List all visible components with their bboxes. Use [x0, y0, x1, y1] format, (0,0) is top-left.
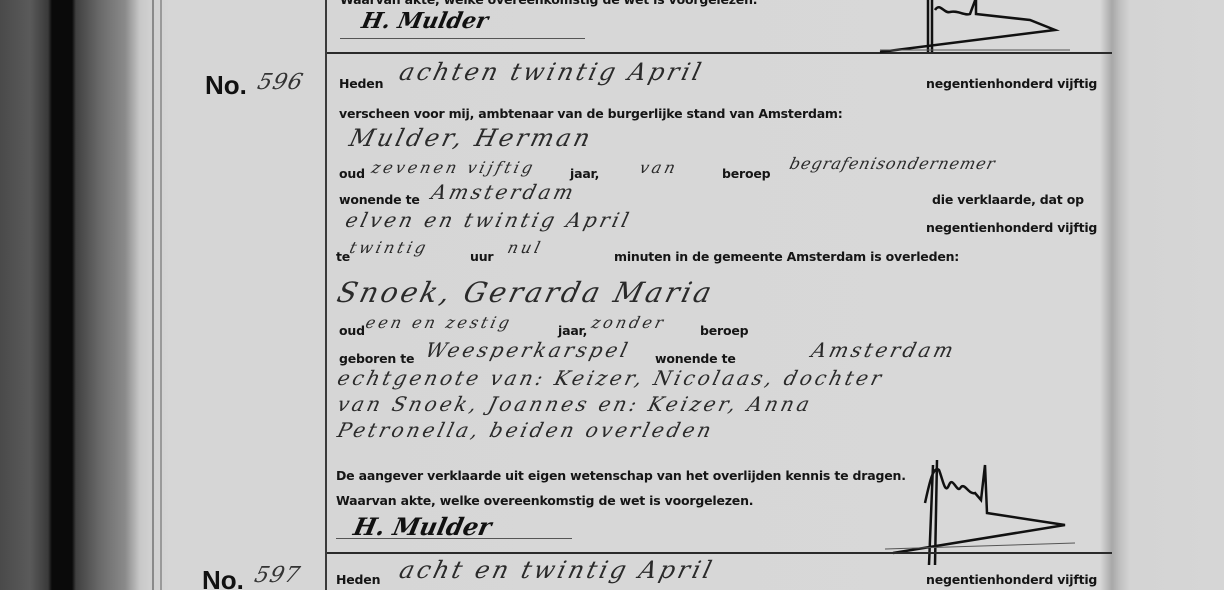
declarant-age: zevenen vijftig	[370, 158, 538, 177]
death-year: negentienhonderd vijftig	[926, 220, 1097, 235]
deceased-name: Snoek, Gerarda Maria	[334, 276, 718, 309]
aangever-text: De aangever verklaarde uit eigen wetensc…	[336, 468, 906, 483]
van-text: van	[638, 158, 681, 177]
geboren-label: geboren te	[339, 351, 414, 366]
margin-line	[160, 0, 162, 590]
oud-label: oud	[339, 166, 365, 181]
minuten-text: minuten in de gemeente Amsterdam is over…	[614, 249, 959, 264]
jaar-label: jaar,	[570, 166, 599, 181]
death-minutes: nul	[506, 238, 545, 257]
signature-line	[336, 538, 572, 539]
signature-line	[340, 38, 585, 39]
wonende-label: wonende te	[655, 351, 736, 366]
heden-label: Heden	[339, 76, 383, 91]
heden-label: Heden	[336, 572, 380, 587]
document-scan: Waarvan akte, welke overeenkomstig de we…	[0, 0, 1224, 590]
relations-line: Petronella, beiden overleden	[335, 418, 717, 442]
jaar-label: jaar,	[558, 323, 587, 338]
beroep-label: beroep	[700, 323, 748, 338]
wonende-label: wonende te	[339, 192, 420, 207]
oud-label: oud	[339, 323, 365, 338]
registration-year: negentienhonderd vijftig	[926, 76, 1097, 91]
uur-label: uur	[470, 249, 493, 264]
official-signature-top	[880, 0, 1100, 70]
birthplace: Weesperkarspel	[423, 338, 633, 362]
registration-year: negentienhonderd vijftig	[926, 572, 1097, 587]
declarant-name: Mulder, Herman	[347, 124, 596, 152]
entry-number-label: No.	[202, 565, 244, 590]
relations-line: van Snoek, Joannes en: Keizer, Anna	[335, 392, 815, 416]
column-divider	[325, 0, 327, 590]
deceased-occupation: zonder	[590, 313, 668, 332]
entry-separator	[327, 552, 1112, 554]
deceased-age: een en zestig	[364, 313, 515, 332]
entry-number-value: 596	[255, 70, 306, 95]
official-signature	[885, 455, 1105, 565]
residence: Amsterdam	[809, 338, 959, 362]
death-hour: twintig	[348, 238, 431, 257]
declarant-residence: Amsterdam	[429, 180, 579, 204]
beroep-label: beroep	[722, 166, 770, 181]
waarvan-text: Waarvan akte, welke overeenkomstig de we…	[336, 493, 753, 508]
verklaarde-text: die verklaarde, dat op	[932, 192, 1084, 207]
registration-date: acht en twintig April	[397, 556, 718, 584]
verscheen-text: verscheen voor mij, ambtenaar van de bur…	[339, 106, 843, 121]
relations-line: echtgenote van: Keizer, Nicolaas, dochte…	[335, 366, 887, 390]
entry-number-value: 597	[252, 563, 303, 588]
declarant-signature: H. Mulder	[351, 512, 494, 541]
death-date: elven en twintig April	[343, 208, 634, 232]
top-signature: H. Mulder	[359, 8, 490, 34]
registration-date: achten twintig April	[397, 58, 707, 86]
declarant-occupation: begrafenisondernemer	[788, 154, 998, 173]
entry-number-label: No.	[205, 70, 247, 101]
margin-line	[152, 0, 154, 590]
top-fragment-text: Waarvan akte, welke overeenkomstig de we…	[340, 0, 757, 7]
